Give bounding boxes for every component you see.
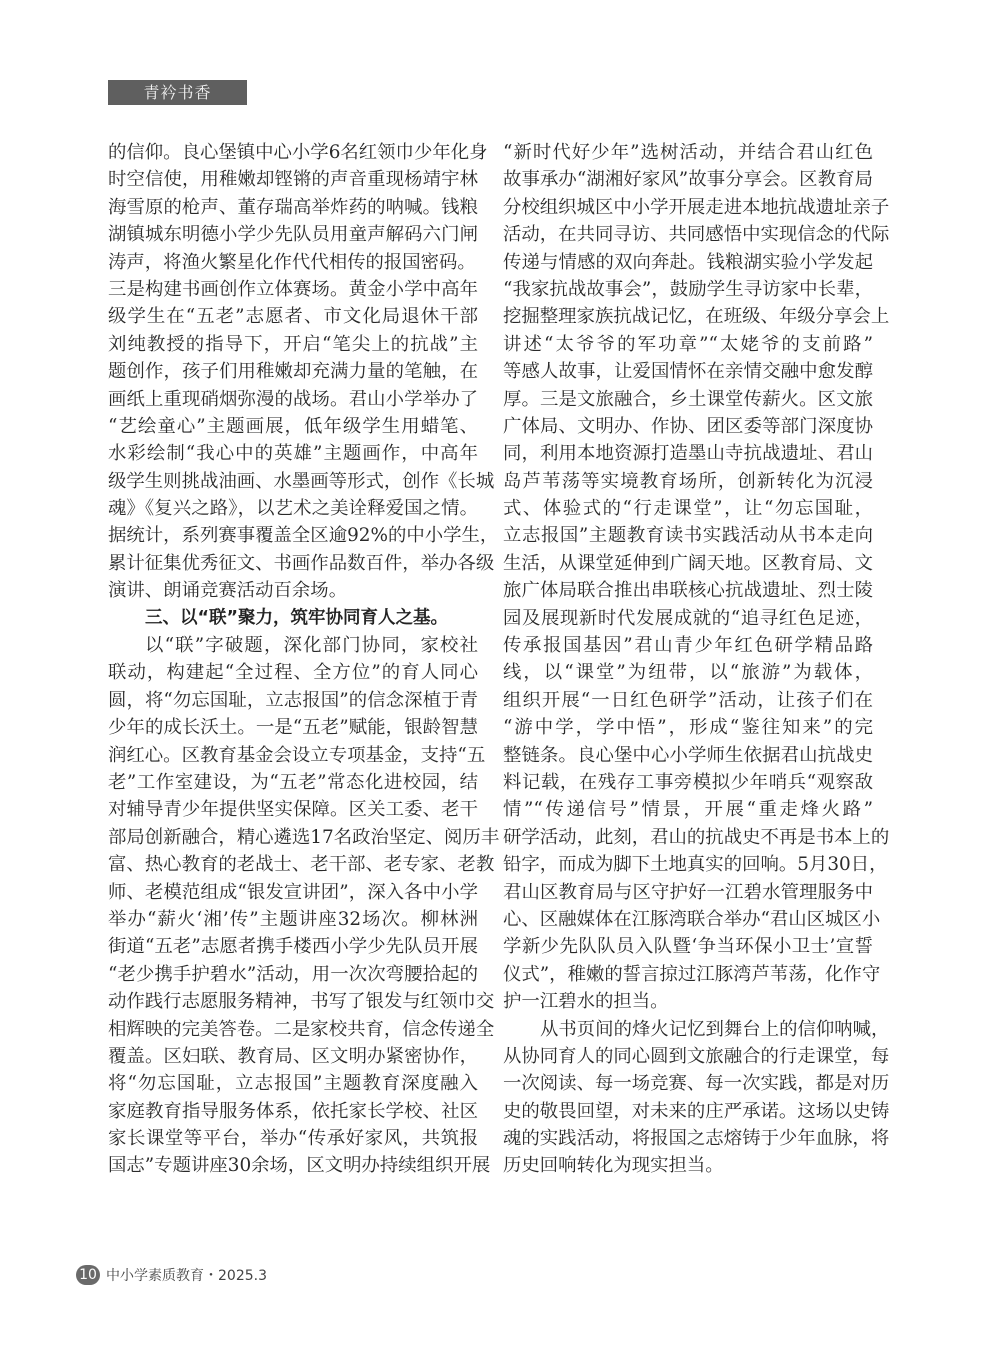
text-line: 园及展现新时代发展成就的“追寻红色足迹，	[503, 605, 873, 632]
text-line: “艺绘童心”主题画展，低年级学生用蜡笔、	[108, 413, 478, 440]
text-line: 研学活动，此刻，君山的抗战史不再是书本上的	[503, 824, 873, 851]
text-line: 线，以“课堂”为纽带，以“旅游”为载体，	[503, 659, 873, 686]
text-line: 富、热心教育的老战士、老干部、老专家、老教	[108, 851, 478, 878]
text-line: 街道“五老”志愿者携手楼西小学少先队员开展	[108, 933, 478, 960]
text-line: 生活，从课堂延伸到广阔天地。区教育局、文	[503, 550, 873, 577]
text-line: “新时代好少年”选树活动，并结合君山红色	[503, 139, 873, 166]
text-line: 据统计，系列赛事覆盖全区逾92%的中小学生，	[108, 522, 478, 549]
page-number-badge: 10	[76, 1265, 100, 1285]
text-line: 老”工作室建设，为“五老”常态化进校园，结	[108, 769, 478, 796]
text-line: 魂的实践活动，将报国之志熔铸于少年血脉，将	[503, 1125, 873, 1152]
text-line: 心、区融媒体在江豚湾联合举办“君山区城区小	[503, 906, 873, 933]
text-line: 时空信使，用稚嫩却铿锵的声音重现杨靖宇林	[108, 166, 478, 193]
text-line: 挖掘整理家族抗战记忆，在班级、年级分享会上	[503, 303, 873, 330]
text-line: 料记载，在残存工事旁模拟少年哨兵“观察敌	[503, 769, 873, 796]
text-line: 历史回响转化为现实担当。	[503, 1152, 873, 1179]
text-line: 分校组织城区中小学开展走进本地抗战遗址亲子	[503, 194, 873, 221]
text-line: 讲述“太爷爷的军功章”“太姥爷的支前路”	[503, 331, 873, 358]
text-line: 海雪原的枪声、董存瑞高举炸药的呐喊。钱粮	[108, 194, 478, 221]
text-line: 广体局、文明办、作协、团区委等部门深度协	[503, 413, 873, 440]
page-footer: 10 中小学素质教育・2025.3	[76, 1264, 267, 1286]
text-line: 师、老模范组成“银发宣讲团”，深入各中小学	[108, 879, 478, 906]
publication-info: 中小学素质教育・2025.3	[106, 1265, 267, 1285]
text-line: 级学生在“五老”志愿者、市文化局退休干部	[108, 303, 478, 330]
text-line: 演讲、朗诵竞赛活动百余场。	[108, 577, 478, 604]
text-line: 魂》《复兴之路》，以艺术之美诠释爱国之情。	[108, 495, 478, 522]
text-line: “游中学，学中悟”，形成“鉴往知来”的完	[503, 714, 873, 741]
text-line: 传递与情感的双向奔赴。钱粮湖实验小学发起	[503, 249, 873, 276]
text-line: 圆，将“勿忘国耻，立志报国”的信念深植于青	[108, 687, 478, 714]
text-line: 累计征集优秀征文、书画作品数百件，举办各级	[108, 550, 478, 577]
text-line: 厚。三是文旅融合，乡土课堂传薪火。区文旅	[503, 386, 873, 413]
text-line: 一次阅读、每一场竞赛、每一次实践，都是对历	[503, 1070, 873, 1097]
text-line: “我家抗战故事会”，鼓励学生寻访家中长辈，	[503, 276, 873, 303]
text-line: 整链条。良心堡中心小学师生依据君山抗战史	[503, 742, 873, 769]
text-line: 立志报国”主题教育读书实践活动从书本走向	[503, 522, 873, 549]
text-line: 家长课堂等平台，举办“传承好家风，共筑报	[108, 1125, 478, 1152]
text-line: 铅字，而成为脚下土地真实的回响。5月30日，	[503, 851, 873, 878]
text-line: “老少携手护碧水”活动，用一次次弯腰拾起的	[108, 961, 478, 988]
text-line: 史的敬畏回望，对未来的庄严承诺。这场以史铸	[503, 1098, 873, 1125]
text-line: 旅广体局联合推出串联核心抗战遗址、烈士陵	[503, 577, 873, 604]
text-line: 刘纯教授的指导下，开启“笔尖上的抗战”主	[108, 331, 478, 358]
text-line: 联动，构建起“全过程、全方位”的育人同心	[108, 659, 478, 686]
text-line: 的信仰。良心堡镇中心小学6名红领巾少年化身	[108, 139, 478, 166]
text-line: 从书页间的烽火记忆到舞台上的信仰呐喊，	[503, 1016, 873, 1043]
text-line: 覆盖。区妇联、教育局、区文明办紧密协作，	[108, 1043, 478, 1070]
text-line: 动作践行志愿服务精神，书写了银发与红领巾交	[108, 988, 478, 1015]
text-line: 部局创新融合，精心遴选17名政治坚定、阅历丰	[108, 824, 478, 851]
text-line: 湖镇城东明德小学少先队员用童声解码六门闸	[108, 221, 478, 248]
text-line: 润红心。区教育基金会设立专项基金，支持“五	[108, 742, 478, 769]
text-line: 举办“薪火‘湘’传”主题讲座32场次。柳林洲	[108, 906, 478, 933]
text-line: 式、体验式的“行走课堂”，让“勿忘国耻，	[503, 495, 873, 522]
text-line: 对辅导青少年提供坚实保障。区关工委、老干	[108, 796, 478, 823]
text-line: 学新少先队队员入队暨‘争当环保小卫士’宣誓	[503, 933, 873, 960]
left-text-column: 的信仰。良心堡镇中心小学6名红领巾少年化身时空信使，用稚嫩却铿锵的声音重现杨靖宇…	[108, 139, 478, 1180]
text-line: 情”“传递信号”情景，开展“重走烽火路”	[503, 796, 873, 823]
text-line: 组织开展“一日红色研学”活动，让孩子们在	[503, 687, 873, 714]
text-line: 相辉映的完美答卷。二是家校共育，信念传递全	[108, 1016, 478, 1043]
text-line: 少年的成长沃土。一是“五老”赋能，银龄智慧	[108, 714, 478, 741]
right-text-column: “新时代好少年”选树活动，并结合君山红色故事承办“湖湘好家风”故事分享会。区教育…	[503, 139, 873, 1180]
text-line: 活动，在共同寻访、共同感悟中实现信念的代际	[503, 221, 873, 248]
section-heading: 三、以“联”聚力，筑牢协同育人之基。	[108, 605, 478, 632]
text-line: 题创作，孩子们用稚嫩却充满力量的笔触，在	[108, 358, 478, 385]
text-line: 三是构建书画创作立体赛场。黄金小学中高年	[108, 276, 478, 303]
text-line: 水彩绘制“我心中的英雄”主题画作，中高年	[108, 440, 478, 467]
text-line: 传承报国基因”君山青少年红色研学精品路	[503, 632, 873, 659]
text-line: 等感人故事，让爱国情怀在亲情交融中愈发醇	[503, 358, 873, 385]
text-line: 护一江碧水的担当。	[503, 988, 873, 1015]
text-line: 以“联”字破题，深化部门协同，家校社	[108, 632, 478, 659]
text-line: 君山区教育局与区守护好一江碧水管理服务中	[503, 879, 873, 906]
text-line: 从协同育人的同心圆到文旅融合的行走课堂，每	[503, 1043, 873, 1070]
text-line: 故事承办“湖湘好家风”故事分享会。区教育局	[503, 166, 873, 193]
text-line: 画纸上重现硝烟弥漫的战场。君山小学举办了	[108, 386, 478, 413]
text-line: 级学生则挑战油画、水墨画等形式，创作《长城	[108, 468, 478, 495]
text-line: 家庭教育指导服务体系，依托家长学校、社区	[108, 1098, 478, 1125]
text-line: 岛芦苇荡等实境教育场所，创新转化为沉浸	[503, 468, 873, 495]
text-line: 同，利用本地资源打造墨山寺抗战遗址、君山	[503, 440, 873, 467]
text-line: 涛声，将渔火繁星化作代代相传的报国密码。	[108, 249, 478, 276]
text-line: 国志”专题讲座30余场，区文明办持续组织开展	[108, 1152, 478, 1179]
text-line: 仪式”，稚嫩的誓言掠过江豚湾芦苇荡，化作守	[503, 961, 873, 988]
text-line: 将“勿忘国耻，立志报国”主题教育深度融入	[108, 1070, 478, 1097]
section-banner: 青衿书香	[108, 80, 247, 105]
